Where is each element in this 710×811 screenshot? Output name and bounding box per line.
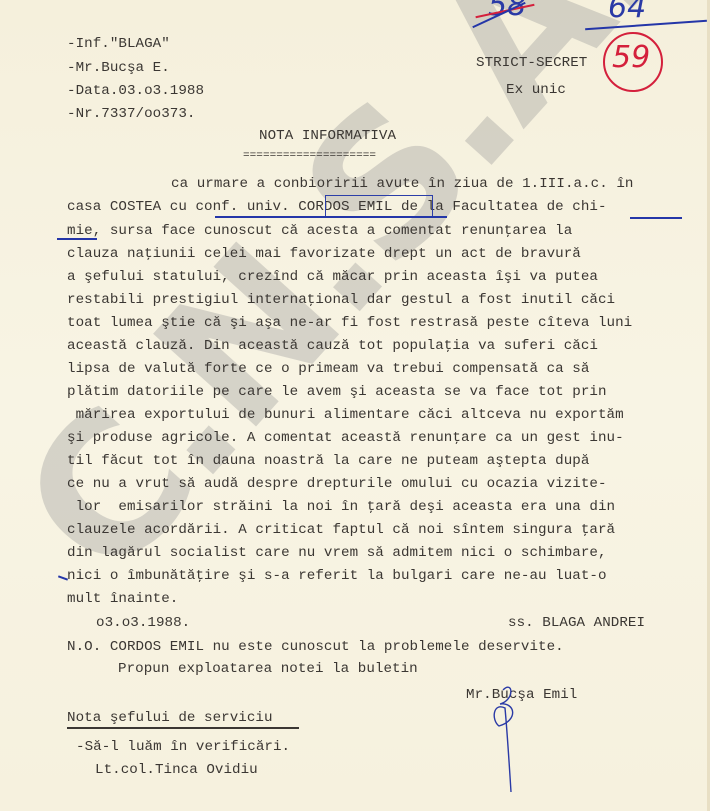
title-rule: ==================== xyxy=(243,151,376,162)
body-line: mărirea exportului de bunuri alimentare … xyxy=(67,408,624,422)
chief-signature: Lt.col.Tinca Ovidiu xyxy=(95,763,258,777)
body-line: această clauză. Din această cauză tot po… xyxy=(67,339,598,353)
handwritten-page-number-circled: 59 xyxy=(612,40,650,75)
body-line: lipsa de valută forte ce o primeam va tr… xyxy=(67,362,589,376)
source-signature: ss. BLAGA ANDREI xyxy=(508,616,645,630)
body-line: mie, sursa face cunoscut că acesta a com… xyxy=(67,224,572,238)
page-title: NOTA INFORMATIVA xyxy=(259,129,396,143)
body-line: clauza naţiunii celei mai favorizate dre… xyxy=(67,247,581,261)
body-line: plătim datoriile pe care le avem şi acea… xyxy=(67,385,607,399)
faculty-underline-2 xyxy=(57,238,97,240)
document-page: C.N.S.A.S. 58 64 59 -Inf."BLAGA" -Mr.Buc… xyxy=(0,0,710,811)
body-line: nici o îmbunătăţire şi s-a referit la bu… xyxy=(67,569,607,583)
body-line: şi produse agricole. A comentat această … xyxy=(67,431,624,445)
body-line: a şefului statului, crezînd că măcar pri… xyxy=(67,270,598,284)
faculty-underline xyxy=(630,217,682,219)
classification: STRICT-SECRET xyxy=(476,56,587,70)
header-date: -Data.03.o3.1988 xyxy=(67,84,204,98)
body-line: din lagărul socialist care nu vrem să ad… xyxy=(67,546,607,560)
body-line: mult înainte. xyxy=(67,592,178,606)
body-line: ca urmare a conbioririi avute în ziua de… xyxy=(171,177,633,191)
body-line: toat lumea ştie că şi aşa ne-ar fi fost … xyxy=(67,316,632,330)
body-line: ce nu a vrut să audă despre drepturile o… xyxy=(67,477,607,491)
proposal: Propun exploatarea notei la buletin xyxy=(118,662,418,676)
chief-note-heading: Nota şefului de serviciu xyxy=(67,711,273,725)
sign-date: o3.o3.1988. xyxy=(96,616,190,630)
header-number: -Nr.7337/oo373. xyxy=(67,107,195,121)
officer-note: N.O. CORDOS EMIL nu este cunoscut la pro… xyxy=(67,640,564,654)
header-officer: -Mr.Bucşa E. xyxy=(67,61,170,75)
name-highlight-box xyxy=(325,195,433,217)
body-line: restabili prestigiul internaţional dar g… xyxy=(67,293,615,307)
body-line: lor emisarilor străini la noi în ţară de… xyxy=(67,500,615,514)
handwritten-page-number-blue: 64 xyxy=(608,0,646,25)
body-line: clauzele acordării. A criticat faptul că… xyxy=(67,523,615,537)
handwritten-signature xyxy=(485,680,535,800)
body-line: til făcut tot în dauna noastră la care n… xyxy=(67,454,589,468)
chief-note-underline xyxy=(67,727,299,729)
copies: Ex unic xyxy=(506,83,566,97)
chief-note-text: -Să-l luăm în verificări. xyxy=(76,740,290,754)
header-informant: -Inf."BLAGA" xyxy=(67,37,170,51)
name-underline xyxy=(215,216,447,218)
